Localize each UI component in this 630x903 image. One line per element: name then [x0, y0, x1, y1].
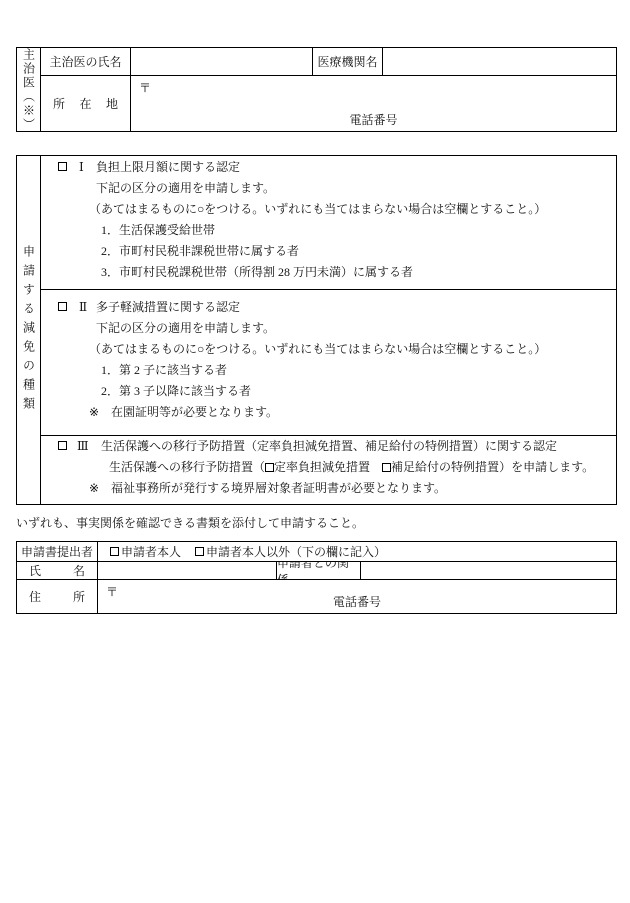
section-1-subtitle: 下記の区分の適用を申請します。: [96, 181, 275, 195]
doctor-address-label-cell: 所 在 地: [41, 76, 131, 131]
physician-side-label: 主治医（※）: [23, 48, 35, 131]
section-3-note: 福祉事務所が発行する境界層対象者証明書が必要となります。: [111, 481, 446, 495]
exemption-side-label: 申請する減免の種類: [23, 245, 35, 416]
section-3-checkbox[interactable]: [58, 441, 67, 450]
relation-label: 申請者との関係: [277, 562, 360, 579]
submitter-name-label: 氏 名: [17, 562, 97, 579]
supplement-benefit-checkbox[interactable]: [382, 463, 391, 472]
submitter-self-label: 申請者本人: [121, 543, 181, 560]
section-2-note: 在園証明等が必要となります。: [111, 405, 278, 419]
section-3-note-mark: ※: [89, 481, 99, 495]
section-3-title: 生活保護への移行予防措置（定率負担減免措置、補足給付の特例措置）に関する認定: [101, 439, 557, 453]
section-3: Ⅲ 生活保護への移行予防措置（定率負担減免措置、補足給付の特例措置）に関する認定…: [41, 436, 616, 504]
submitter-name-field[interactable]: [98, 562, 277, 579]
submitter-address-field[interactable]: 〒 電話番号: [98, 580, 616, 613]
submitter-phone-label: 電話番号: [98, 593, 616, 610]
section-1-instruction: （あてはまるものに○をつける。いずれにも当てはまらない場合は空欄とすること。）: [89, 202, 546, 216]
exemption-type-table: 申請する減免の種類 Ⅰ 負担上限月額に関する認定 下記の区分の適用を申請します。…: [16, 155, 617, 505]
section-1: Ⅰ 負担上限月額に関する認定 下記の区分の適用を申請します。 （あてはまるものに…: [41, 156, 616, 290]
section-1-item-3: 3．市町村民税課税世帯（所得割 28 万円未満）に属する者: [101, 265, 413, 279]
submitter-other-checkbox[interactable]: [195, 547, 204, 556]
submitter-address-label-cell: 住 所: [17, 580, 98, 613]
submitter-address-label: 住 所: [17, 588, 97, 605]
doctor-phone-label: 電話番号: [131, 111, 616, 128]
section-3-numeral: Ⅲ: [77, 439, 89, 453]
attach-documents-note: いずれも、事実関係を確認できる書類を添付して申請すること。: [16, 514, 364, 531]
section-2-instruction: （あてはまるものに○をつける。いずれにも当てはまらない場合は空欄とすること。）: [89, 342, 546, 356]
exemption-side-label-cell: 申請する減免の種類: [17, 156, 41, 504]
section-2-item-1: 1．第 2 子に該当する者: [101, 363, 227, 377]
section-1-item-2: 2．市町村民税非課税世帯に属する者: [101, 244, 299, 258]
form-page: 主治医（※） 主治医の氏名 医療機関名 所 在 地: [0, 0, 630, 903]
relation-field[interactable]: [361, 562, 616, 579]
submitter-table: 申請書提出者 申請者本人 申請者本人以外（下の欄に記入） 氏 名 申請者との関係: [16, 541, 617, 614]
section-2-checkbox[interactable]: [58, 302, 67, 311]
section-2-note-mark: ※: [89, 405, 99, 419]
section-3-apply-line: 生活保護への移行予防措置（定率負担減免措置 補足給付の特例措置）を申請します。: [109, 460, 594, 474]
section-1-checkbox[interactable]: [58, 162, 67, 171]
submitter-row-label-cell: 申請書提出者: [17, 542, 98, 561]
section-1-item-1: 1．生活保護受給世帯: [101, 223, 215, 237]
section-2-subtitle: 下記の区分の適用を申請します。: [96, 321, 275, 335]
doctor-name-label-cell: 主治医の氏名: [41, 48, 131, 75]
doctor-address-field[interactable]: 〒 電話番号: [131, 76, 616, 131]
doctor-name-field[interactable]: [131, 48, 313, 75]
medical-org-field[interactable]: [383, 48, 616, 75]
section-2: Ⅱ 多子軽減措置に関する認定 下記の区分の適用を申請します。 （あてはまるものに…: [41, 290, 616, 436]
section-2-numeral: Ⅱ: [79, 300, 87, 314]
section-1-title: 負担上限月額に関する認定: [96, 160, 240, 174]
doctor-name-label: 主治医の氏名: [49, 53, 121, 70]
rate-reduction-checkbox[interactable]: [265, 463, 274, 472]
submitter-self-checkbox[interactable]: [110, 547, 119, 556]
submitter-options: 申請者本人 申請者本人以外（下の欄に記入）: [98, 542, 616, 561]
medical-org-label-cell: 医療機関名: [313, 48, 383, 75]
section-2-item-2: 2．第 3 子以降に該当する者: [101, 384, 251, 398]
submitter-name-label-cell: 氏 名: [17, 562, 98, 579]
section-2-title: 多子軽減措置に関する認定: [96, 300, 240, 314]
submitter-row-label: 申請書提出者: [21, 543, 93, 560]
section-1-numeral: Ⅰ: [79, 160, 84, 174]
submitter-other-label: 申請者本人以外（下の欄に記入）: [206, 543, 386, 560]
medical-org-label: 医療機関名: [317, 53, 377, 70]
postal-mark: 〒: [139, 79, 151, 96]
physician-side-label-cell: 主治医（※）: [17, 48, 41, 131]
attending-physician-table: 主治医（※） 主治医の氏名 医療機関名 所 在 地: [16, 47, 617, 132]
relation-label-cell: 申請者との関係: [277, 562, 361, 579]
doctor-address-label: 所 在 地: [41, 95, 130, 112]
